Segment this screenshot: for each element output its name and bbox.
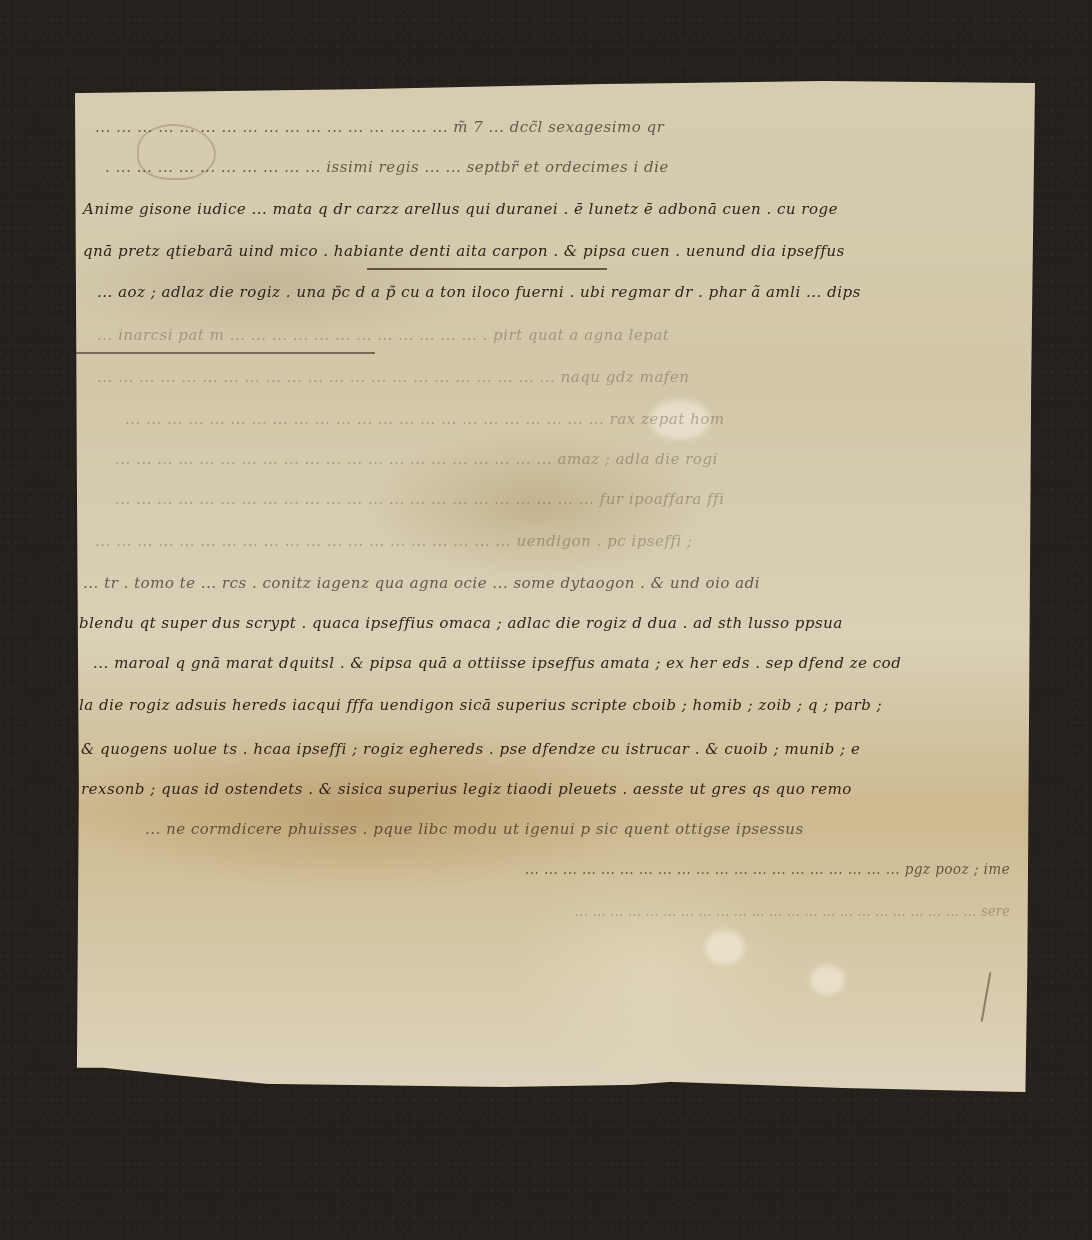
manuscript-line: blendu qt super dus scrypt . quaca ipsef… (79, 614, 843, 632)
manuscript-line: ... tr . tomo te ... rcs . conitz iagenz… (83, 574, 760, 592)
manuscript-line: ... ... ... ... ... ... ... ... ... ... … (525, 860, 1010, 878)
manuscript-line: & quogens uolue ts . hcaa ipseffi ; rogi… (81, 740, 860, 758)
manuscript-line: ... ... ... ... ... ... ... ... ... ... … (97, 368, 689, 386)
manuscript-line: . ... ... ... ... ... ... ... ... ... ..… (105, 158, 669, 176)
manuscript-line: ... ... ... ... ... ... ... ... ... ... … (125, 410, 725, 428)
manuscript-line: qnā pretz qtiebarā uind mico . habiante … (83, 242, 845, 260)
light-stain (705, 930, 745, 965)
underline-stroke (75, 352, 375, 354)
manuscript-line: ... ne cormdicere phuisses . pque libc m… (145, 820, 804, 838)
manuscript-line: ... ... ... ... ... ... ... ... ... ... … (115, 450, 718, 468)
edge-ink-mark (981, 972, 992, 1022)
manuscript-line: ... ... ... ... ... ... ... ... ... ... … (95, 532, 693, 550)
manuscript-line: la die rogiz adsuis hereds iacqui fffa u… (79, 696, 882, 714)
manuscript-line: ... ... ... ... ... ... ... ... ... ... … (115, 490, 725, 508)
parchment-charter: ... ... ... ... ... ... ... ... ... ... … (75, 80, 1035, 1092)
manuscript-line: ... aoz ; adlaz die rogiz . una p̃c d a … (97, 283, 861, 301)
manuscript-line: rexsonb ; quas id ostendets . & sisica s… (81, 780, 852, 798)
manuscript-line: ... inarcsi pat m ... ... ... ... ... ..… (97, 326, 669, 344)
manuscript-line: Anime gisone iudice ... mata q dr carzz … (83, 200, 838, 218)
underline-stroke (367, 268, 607, 270)
light-stain (810, 965, 845, 995)
manuscript-line: ... ... ... ... ... ... ... ... ... ... … (95, 118, 664, 136)
manuscript-line: ... maroal q gnā marat dquitsl . & pipsa… (93, 654, 901, 672)
manuscript-line: ... ... ... ... ... ... ... ... ... ... … (575, 902, 1010, 920)
